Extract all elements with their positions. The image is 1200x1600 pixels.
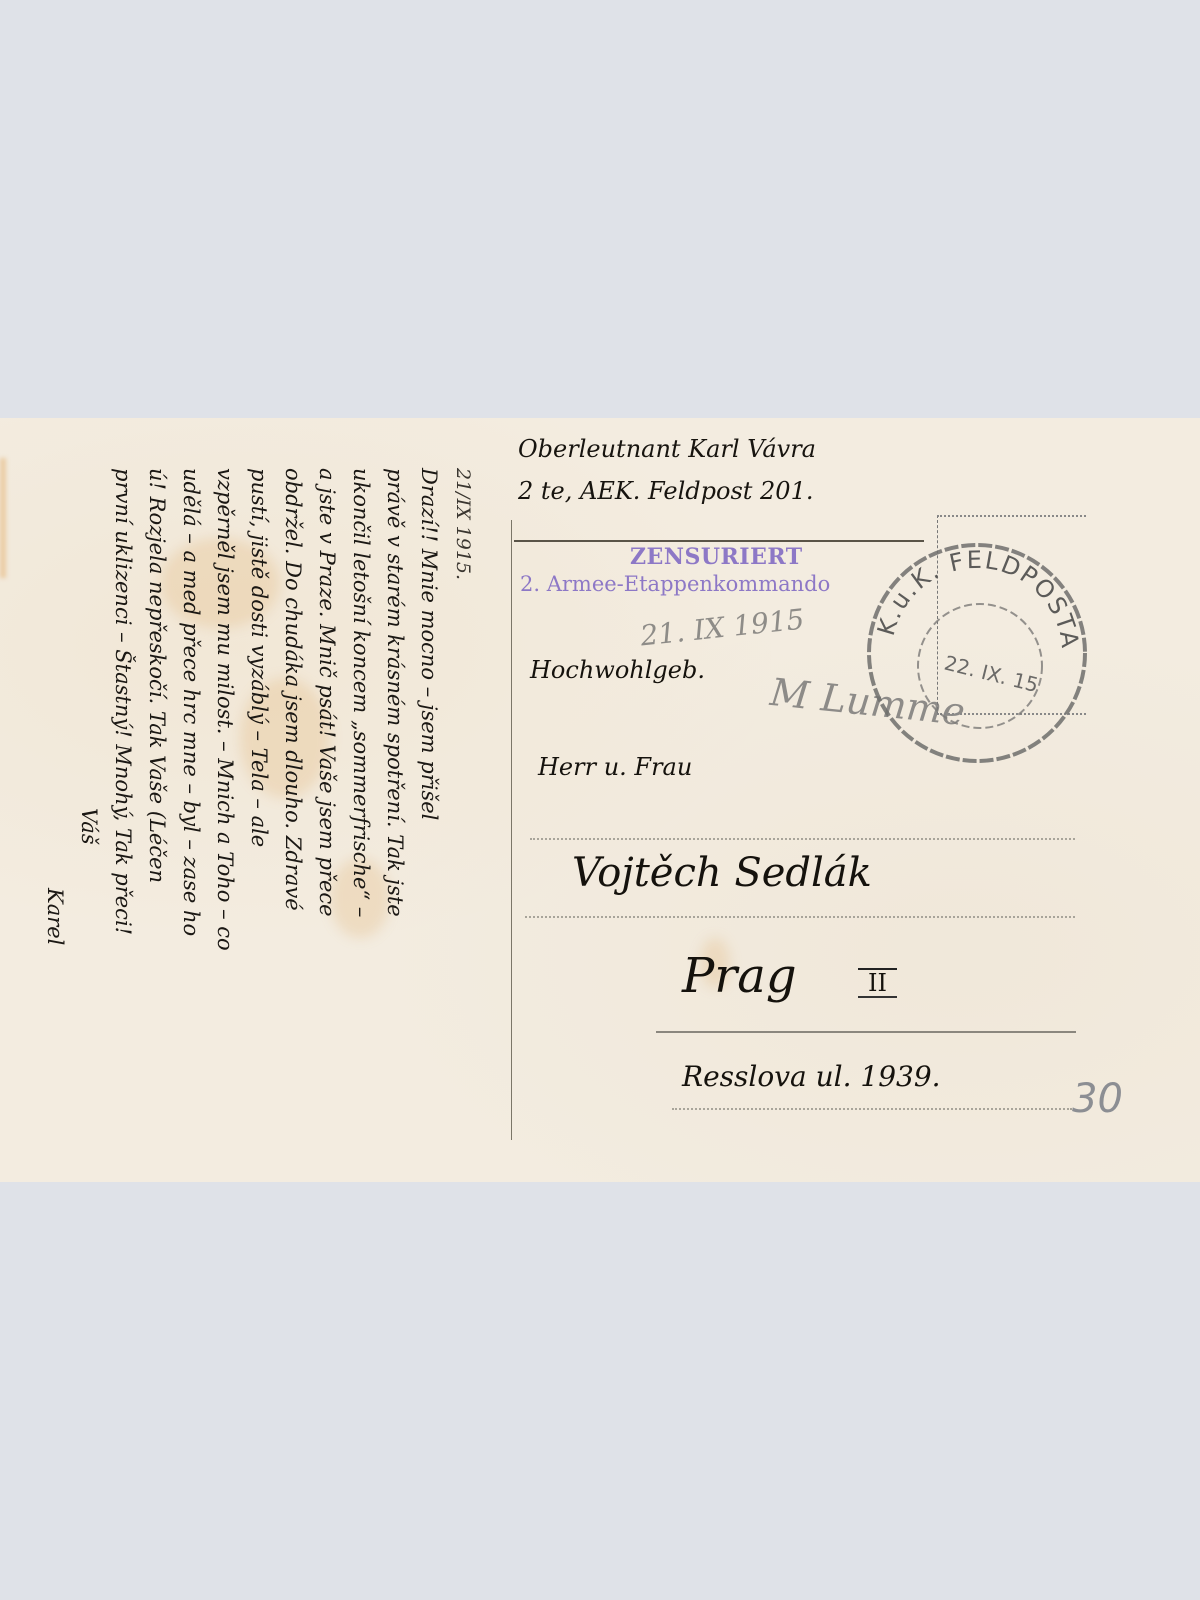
censor-date: 21. IX 1915	[639, 602, 806, 652]
pencil-note: 30	[1072, 1076, 1123, 1122]
letter-line: ú! Rozjela nepřeskočí. Tak Vaše (Léčen	[140, 468, 174, 1128]
letter-signature: Karel	[38, 468, 72, 1128]
letter-line: obdržel. Do chudáka jsem dlouho. Zdravé	[276, 468, 310, 1128]
recipient-street: Resslova ul. 1939.	[682, 1060, 941, 1093]
sender-line-1: Oberleutnant Karl Vávra	[518, 428, 816, 470]
censor-subtitle: 2. Armee-Etappenkommando	[520, 572, 830, 596]
recipient-title: Herr u. Frau	[538, 753, 692, 781]
letter-line: a jste v Praze. Mnič psát! Vaše jsem pře…	[310, 468, 344, 1128]
recipient-district: II	[858, 968, 897, 998]
handwritten-letter: 21/IX 1915. Drazí!! Mnie mocno – jsem př…	[40, 468, 480, 1128]
address-rule	[525, 916, 1075, 918]
censor-stamp: ZENSURIERT 2. Armee-Etappenkommando	[520, 544, 830, 596]
address-rule	[656, 1031, 1076, 1033]
letter-line: vzpěrněl jsem mu milost. – Mnich a Toho …	[208, 468, 242, 1128]
letter-line: pustí, jistě dosti vyzáblý – Tela – ale	[242, 468, 276, 1128]
letter-closing: Váš	[72, 468, 106, 1128]
postmark-icon: K.u.K. FELDPOSTAMT 22. IX. 15	[862, 538, 1092, 768]
recipient-salutation: Hochwohlgeb.	[530, 656, 705, 684]
svg-text:K.u.K. FELDPOSTAMT: K.u.K. FELDPOSTAMT	[862, 538, 1084, 651]
letter-line: Drazí!! Mnie mocno – jsem přišel	[412, 468, 446, 1128]
paper-stain	[0, 458, 6, 578]
sender-block: Oberleutnant Karl Vávra 2 te, AEK. Feldp…	[518, 428, 816, 512]
recipient-city: Prag	[682, 948, 797, 1004]
censor-title: ZENSURIERT	[520, 544, 830, 570]
letter-line: ukončil letošní koncem „sommerfrische“ –	[344, 468, 378, 1128]
letter-date: 21/IX 1915.	[446, 468, 480, 1128]
letter-line: první uklizenci – Štastný! Mnohý, Tak př…	[106, 468, 140, 1128]
letter-line: udělá – a med přece hrc mne – byl – zase…	[174, 468, 208, 1128]
sender-line-2: 2 te, AEK. Feldpost 201.	[518, 470, 816, 512]
address-rule	[672, 1108, 1072, 1110]
vertical-divider	[511, 520, 512, 1140]
recipient-name: Vojtěch Sedlák	[572, 850, 872, 896]
letter-line: právě v starém krásném spotření. Tak jst…	[378, 468, 412, 1128]
postmark-text: K.u.K. FELDPOSTAMT	[862, 538, 1084, 651]
postcard-reverse: 21/IX 1915. Drazí!! Mnie mocno – jsem př…	[0, 418, 1200, 1182]
address-rule	[530, 838, 1075, 840]
postmark-date: 22. IX. 15	[942, 651, 1041, 697]
